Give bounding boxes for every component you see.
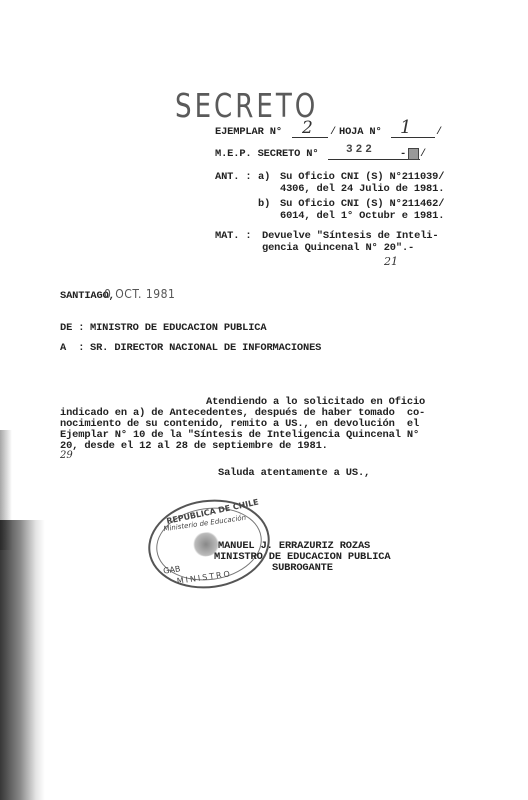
ejemplar-value: 2 (302, 118, 313, 138)
body-line-5: 20, desde el 12 al 28 de septiembre de 1… (60, 440, 328, 452)
ant-label: ANT. : (215, 171, 252, 183)
hoja-slash: / (436, 126, 442, 138)
hoja-underline (391, 137, 435, 138)
ant-b-line2: 6014, del 1° Octubr e 1981. (280, 210, 444, 222)
from-value: MINISTRO DE EDUCACION PUBLICA (90, 322, 266, 334)
mep-label: M.E.P. SECRETO N° (215, 148, 318, 160)
mep-box-mark (408, 148, 419, 160)
ant-b-marker: b) (258, 198, 270, 210)
mat-label: MAT. : (215, 230, 252, 242)
to-value: SR. DIRECTOR NACIONAL DE INFORMACIONES (90, 342, 321, 354)
ant-a-line1: Su Oficio CNI (S) N°211039/ (280, 171, 444, 183)
ant-b-line1: Su Oficio CNI (S) N°211462/ (280, 198, 444, 210)
ant-a-line2: 4306, del 24 Julio de 1981. (280, 183, 444, 195)
closing: Saluda atentamente a US., (218, 467, 370, 479)
body-handwritten-note: 29 (60, 450, 73, 461)
hoja-label: HOJA N° (339, 126, 382, 138)
signature-subtitle: SUBROGANTE (272, 562, 333, 574)
mat-line1: Devuelve "Síntesis de Inteli- (262, 230, 438, 242)
ant-a-marker: a) (258, 171, 270, 183)
ejemplar-label: EJEMPLAR N° (215, 126, 282, 138)
ejemplar-slash: / (330, 126, 336, 138)
mep-suffix: - (400, 148, 406, 160)
mep-slash: / (420, 148, 426, 160)
classification-stamp: SECRETO (175, 86, 318, 125)
mep-value: 322 (346, 144, 375, 156)
to-label: A : (60, 342, 84, 354)
scan-edge-shadow (0, 520, 45, 800)
from-label: DE : (60, 322, 84, 334)
mat-handwritten-note: 21 (384, 255, 398, 268)
mat-line2: gencia Quincenal N° 20".- (262, 242, 414, 254)
mep-underline (328, 159, 420, 160)
hoja-value: 1 (400, 117, 411, 138)
date-stamp: 0 OCT. 1981 (104, 287, 175, 301)
